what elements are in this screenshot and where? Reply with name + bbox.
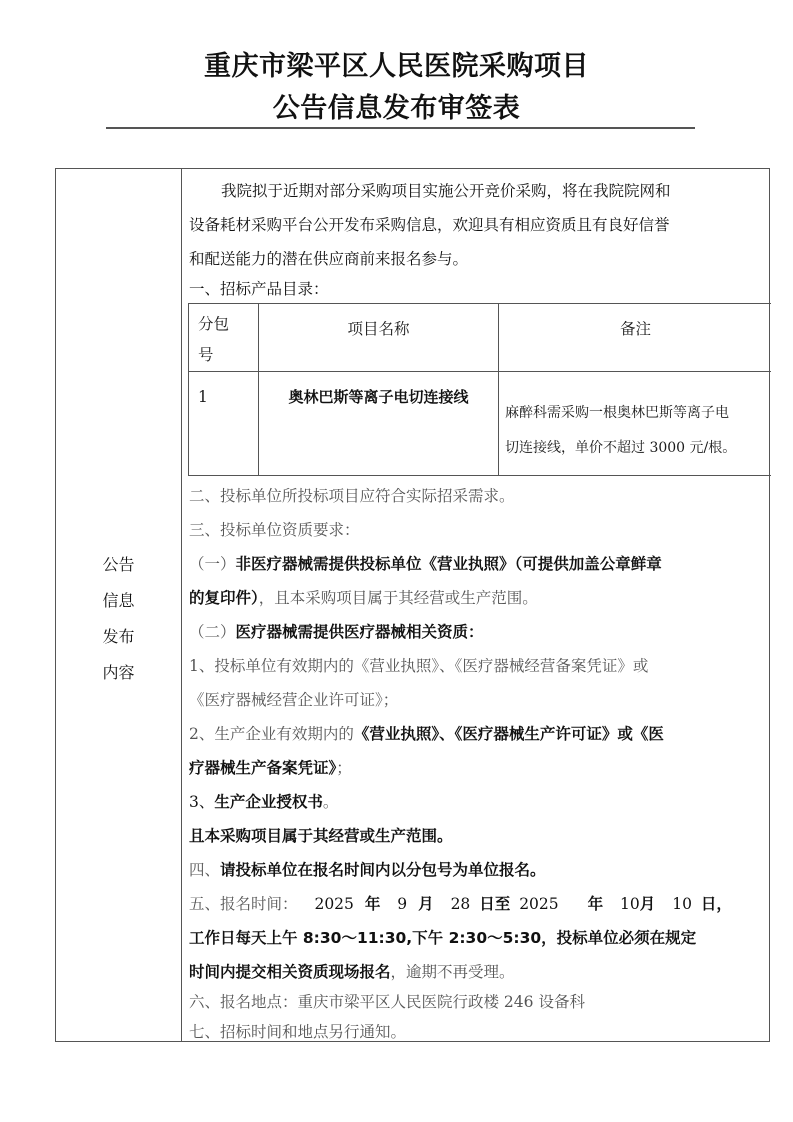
requirement-2-item-2-cont: 疗器械生产备案凭证》；	[189, 751, 352, 785]
header-remark: 备注	[499, 312, 772, 346]
section5-registration-time: 五、报名时间： 2025 年 9 月 28 日至 2025 年 10月 10 日…	[189, 887, 732, 921]
section5-hours: 工作日每天上午 8:30～11:30,下午 2:30～5:30，投标单位必须在规…	[189, 921, 696, 955]
intro-line-3: 和配送能力的潜在供应商前来报名参与。	[189, 242, 468, 276]
header-item-name: 项目名称	[259, 312, 498, 346]
product-table: 分包 号 项目名称 备注 1 奥林巴斯等离子电切连接线 麻醉科需采购一根奥林巴斯…	[188, 303, 771, 476]
title-divider	[106, 127, 695, 129]
intro-line-2: 设备耗材采购平台公开发布采购信息，欢迎具有相应资质且有良好信誉	[189, 208, 670, 242]
cell-remark: 麻醉科需采购一根奥林巴斯等离子电 切连接线，单价不超过 3000 元/根。	[505, 396, 736, 466]
section2: 二、投标单位所投标项目应符合实际招采需求。	[189, 479, 515, 513]
requirement-2-item-1: 1、投标单位有效期内的《营业执照》、《医疗器械经营备案凭证》或	[189, 649, 648, 683]
section5-deadline: 时间内提交相关资质现场报名，逾期不再受理。	[189, 955, 515, 989]
section4: 四、请投标单位在报名时间内以分包号为单位报名。	[189, 853, 546, 887]
cell-item-name: 奥林巴斯等离子电切连接线	[259, 380, 498, 414]
requirement-1: （一）非医疗器械需提供投标单位《营业执照》（可提供加盖公章鲜章	[189, 547, 662, 581]
section1-heading: 一、招标产品目录：	[189, 272, 329, 306]
intro-line-1: 我院拟于近期对部分采购项目实施公开竞价采购，将在我院院网和	[221, 174, 671, 208]
document-title-line1: 重庆市梁平区人民医院采购项目	[0, 44, 793, 83]
row-label: 公告 信息 发布 内容	[56, 547, 181, 691]
requirement-2: （二）医疗器械需提供医疗器械相关资质：	[189, 615, 484, 649]
requirement-2-item-1-cont: 《医疗器械经营企业许可证》；	[189, 683, 398, 717]
requirement-2-item-2: 2、生产企业有效期内的《营业执照》、《医疗器械生产许可证》或《医	[189, 717, 664, 751]
section7-notice: 七、招标时间和地点另行通知。	[189, 1015, 406, 1049]
row-label-cell: 公告 信息 发布 内容	[56, 169, 182, 1041]
announcement-content-cell: 我院拟于近期对部分采购项目实施公开竞价采购，将在我院院网和 设备耗材采购平台公开…	[182, 169, 769, 1041]
scope-note: 且本采购项目属于其经营或生产范围。	[189, 819, 453, 853]
header-package-no: 分包 号	[198, 309, 229, 371]
cell-package-no: 1	[198, 380, 208, 414]
requirement-2-item-3: 3、生产企业授权书。	[189, 785, 338, 819]
requirement-1-cont: 的复印件），且本采购项目属于其经营或生产范围。	[189, 581, 538, 615]
approval-form-table: 公告 信息 发布 内容 我院拟于近期对部分采购项目实施公开竞价采购，将在我院院网…	[55, 168, 770, 1042]
section3-heading: 三、投标单位资质要求：	[189, 513, 360, 547]
document-title-line2: 公告信息发布审签表	[0, 86, 793, 125]
section6-location: 六、报名地点：重庆市梁平区人民医院行政楼 246 设备科	[189, 985, 585, 1019]
